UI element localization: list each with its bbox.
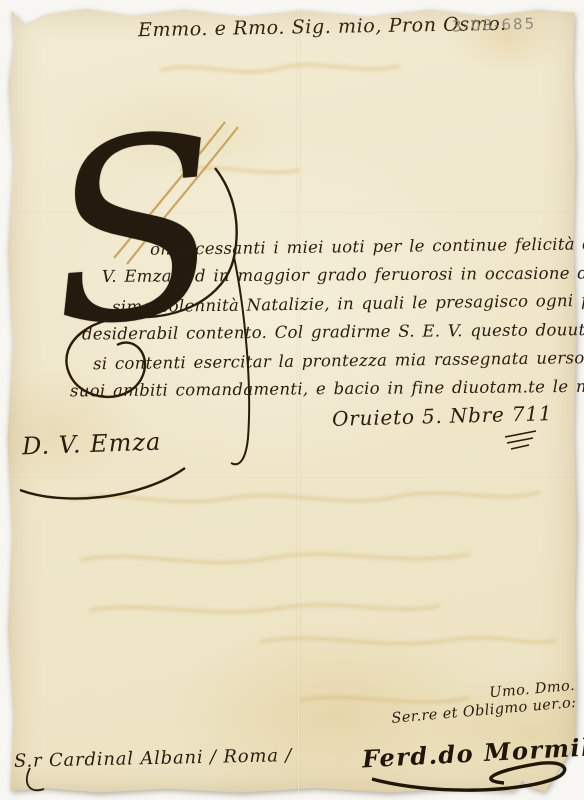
horizontal-fold-crease [10,477,574,480]
drop-cap-initial: S [40,111,229,353]
scanned-letter-photo: Emmo. e Rmo. Sig. mio, Pron Osmo. 3-08-6… [0,0,584,800]
vertical-fold-crease [296,8,301,792]
catalog-number: 3-08-685 [452,15,537,36]
body-line: V. Emza, ed in maggior grado feruorosi i… [102,263,584,286]
closing-abbreviation: D. V. Emza [22,428,162,461]
